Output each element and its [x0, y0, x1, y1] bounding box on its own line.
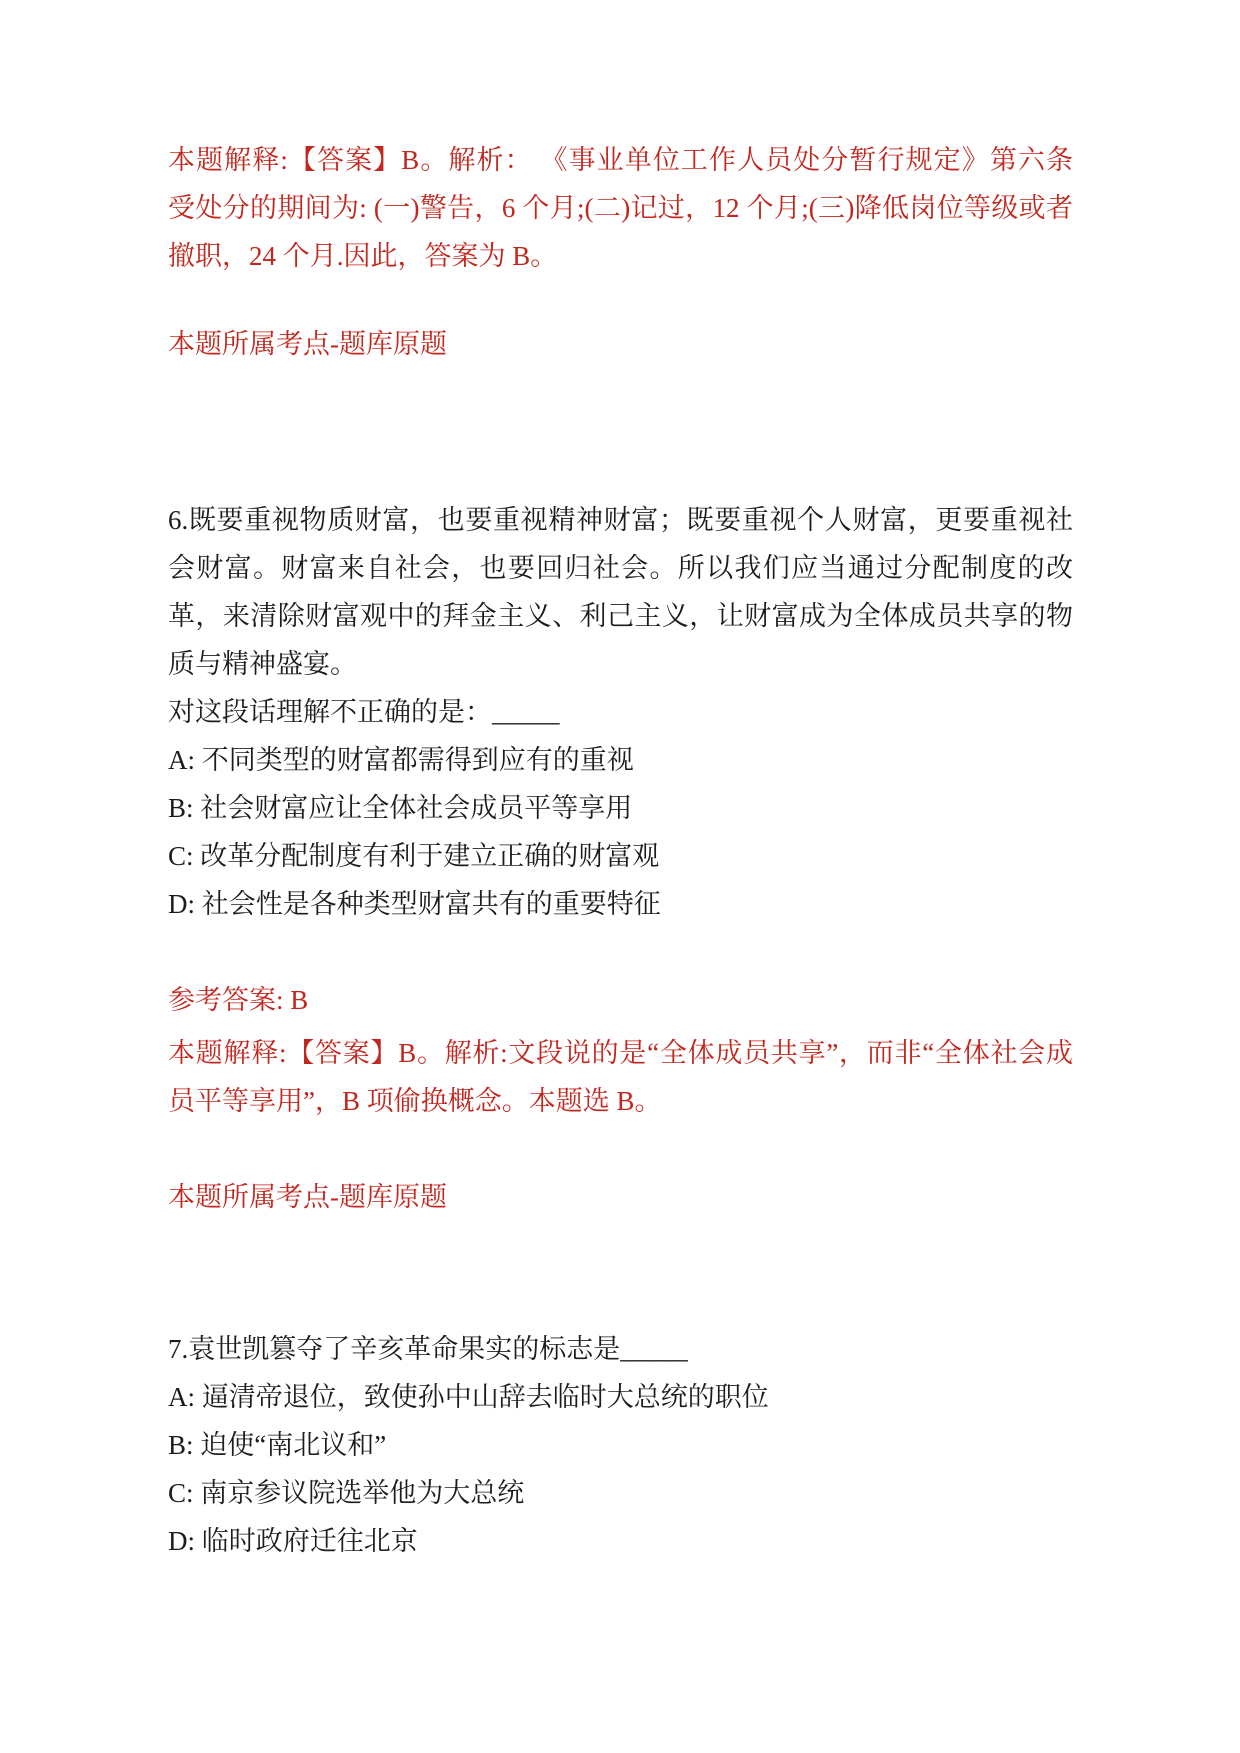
q6-option-a: A: 不同类型的财富都需得到应有的重视	[168, 736, 1073, 784]
q6-prompt: 对这段话理解不正确的是：_____	[168, 688, 1073, 736]
document-page: 本题解释:【答案】B。解析： 《事业单位工作人员处分暂行规定》第六条 受处分的期…	[0, 0, 1240, 1753]
q7-stem: 7.袁世凯篡夺了辛亥革命果实的标志是_____	[168, 1325, 1073, 1373]
q6-option-c: C: 改革分配制度有利于建立正确的财富观	[168, 832, 1073, 880]
q6-answer-explanation: 本题解释:【答案】B。解析:文段说的是“全体成员共享”，而非“全体社会成员平等享…	[168, 1029, 1073, 1125]
q5-answer-explanation: 本题解释:【答案】B。解析： 《事业单位工作人员处分暂行规定》第六条 受处分的期…	[168, 136, 1073, 280]
q6-option-b: B: 社会财富应让全体社会成员平等享用	[168, 784, 1073, 832]
q7-option-c: C: 南京参议院选举他为大总统	[168, 1469, 1073, 1517]
q7-option-d: D: 临时政府迁往北京	[168, 1517, 1073, 1565]
q5-source-link: 本题所属考点-题库原题	[168, 320, 1073, 368]
question-6: 6.既要重视物质财富，也要重视精神财富；既要重视个人财富，更要重视社会财富。财富…	[168, 496, 1073, 1221]
q6-source-link: 本题所属考点-题库原题	[168, 1173, 1073, 1221]
q7-option-b: B: 迫使“南北议和”	[168, 1421, 1073, 1469]
q7-option-a: A: 逼清帝退位，致使孙中山辞去临时大总统的职位	[168, 1373, 1073, 1421]
q6-option-d: D: 社会性是各种类型财富共有的重要特征	[168, 880, 1073, 928]
q6-stem: 6.既要重视物质财富，也要重视精神财富；既要重视个人财富，更要重视社会财富。财富…	[168, 496, 1073, 688]
q6-reference-answer: 参考答案: B	[168, 976, 1073, 1024]
question-7: 7.袁世凯篡夺了辛亥革命果实的标志是_____ A: 逼清帝退位，致使孙中山辞去…	[168, 1325, 1073, 1565]
